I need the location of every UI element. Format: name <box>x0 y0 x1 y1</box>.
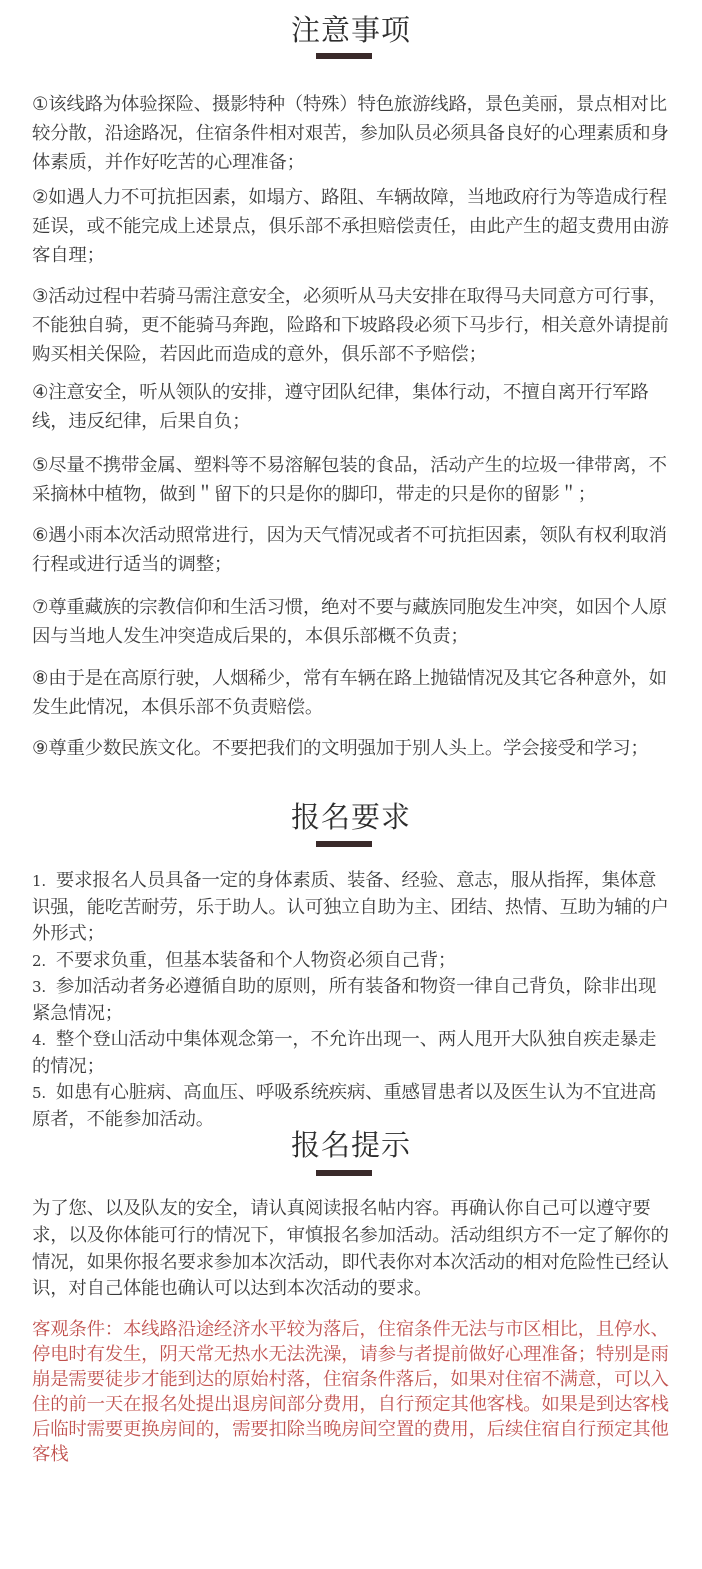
title-underline-bar <box>316 841 372 847</box>
requirement-number: 1. <box>32 872 46 890</box>
section-title-notes: 注意事项 <box>0 12 702 48</box>
requirement-number: 2. <box>32 952 46 970</box>
requirement-text: 要求报名人员具备一定的身体素质、装备、经验、意志，服从指挥，集体意识强，能吃苦耐… <box>32 870 669 944</box>
note-item-7: ⑦尊重藏族的宗教信仰和生活习惯，绝对不要与藏族同胞发生冲突，如因个人原因与当地人… <box>32 593 672 651</box>
requirements-list: 1.要求报名人员具备一定的身体素质、装备、经验、意志，服从指挥，集体意识强，能吃… <box>32 868 672 1133</box>
requirement-number: 3. <box>32 978 46 996</box>
requirement-item: 2.不要求负重，但基本装备和个人物资必须自己背； <box>32 948 672 975</box>
requirement-text: 如患有心脏病、高血压、呼吸系统疾病、重感冒患者以及医生认为不宜进高原者，不能参加… <box>32 1082 656 1130</box>
tips-conditions-warning: 客观条件：本线路沿途经济水平较为落后，住宿条件无法与市区相比，且停水、停电时有发… <box>32 1317 672 1467</box>
note-item-5: ⑤尽量不携带金属、塑料等不易溶解包装的食品，活动产生的垃圾一律带离，不采摘林中植… <box>32 451 672 509</box>
title-underline-bar <box>316 53 372 59</box>
section-title-tips: 报名提示 <box>0 1127 702 1163</box>
note-item-8: ⑧由于是在高原行驶，人烟稀少，常有车辆在路上抛锚情况及其它各种意外，如发生此情况… <box>32 664 672 722</box>
note-item-3: ③活动过程中若骑马需注意安全，必须听从马夫安排在取得马夫同意方可行事，不能独自骑… <box>32 282 672 370</box>
note-item-4: ④注意安全，听从领队的安排，遵守团队纪律，集体行动，不擅自离开行军路线，违反纪律… <box>32 378 672 436</box>
title-underline-bar <box>316 1170 372 1176</box>
requirement-item: 5.如患有心脏病、高血压、呼吸系统疾病、重感冒患者以及医生认为不宜进高原者，不能… <box>32 1080 672 1133</box>
note-item-2: ②如遇人力不可抗拒因素，如塌方、路阻、车辆故障，当地政府行为等造成行程延误，或不… <box>32 183 672 271</box>
requirement-text: 不要求负重，但基本装备和个人物资必须自己背； <box>56 950 456 971</box>
note-item-6: ⑥遇小雨本次活动照常进行，因为天气情况或者不可抗拒因素，领队有权利取消行程或进行… <box>32 521 672 579</box>
requirement-number: 5. <box>32 1084 46 1102</box>
requirement-text: 参加活动者务必遵循自助的原则，所有装备和物资一律自己背负，除非出现紧急情况； <box>32 976 656 1024</box>
tips-intro: 为了您、以及队友的安全，请认真阅读报名帖内容。再确认你自己可以遵守要求，以及你体… <box>32 1196 672 1303</box>
requirement-item: 4.整个登山活动中集体观念第一，不允许出现一、两人甩开大队独自疾走暴走的情况； <box>32 1027 672 1080</box>
requirement-item: 3.参加活动者务必遵循自助的原则，所有装备和物资一律自己背负，除非出现紧急情况； <box>32 974 672 1027</box>
note-item-9: ⑨尊重少数民族文化。不要把我们的文明强加于别人头上。学会接受和学习； <box>32 734 672 763</box>
note-item-1: ①该线路为体验探险、摄影特种（特殊）特色旅游线路，景色美丽，景点相对比较分散，沿… <box>32 90 672 178</box>
requirement-text: 整个登山活动中集体观念第一，不允许出现一、两人甩开大队独自疾走暴走的情况； <box>32 1029 656 1077</box>
requirement-item: 1.要求报名人员具备一定的身体素质、装备、经验、意志，服从指挥，集体意识强，能吃… <box>32 868 672 948</box>
requirement-number: 4. <box>32 1031 46 1049</box>
section-title-requirements: 报名要求 <box>0 799 702 835</box>
